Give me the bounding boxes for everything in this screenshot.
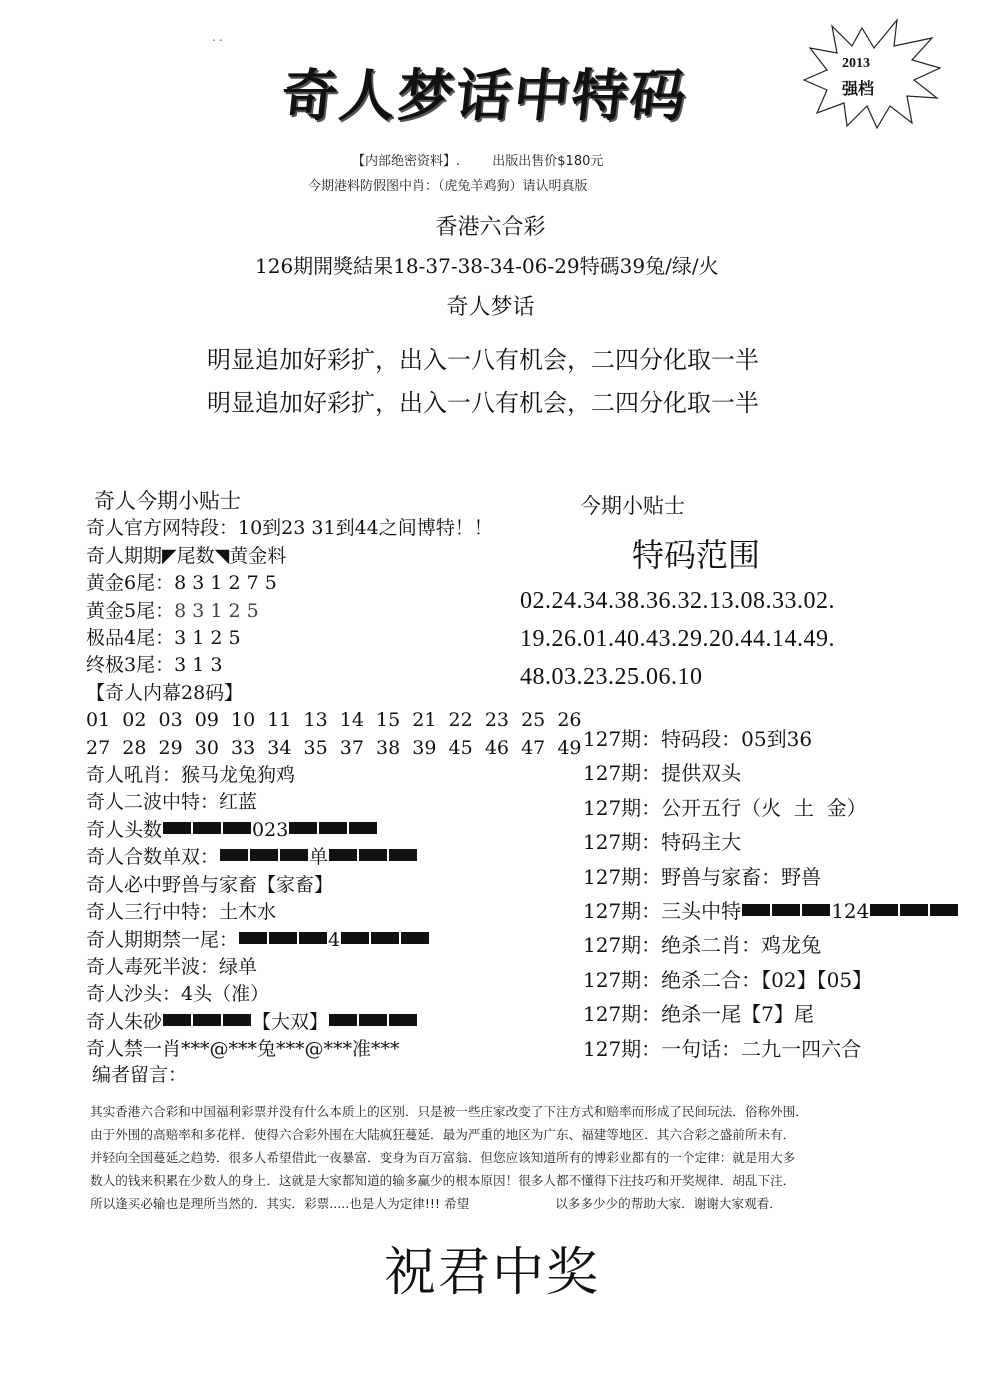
issue-item: 127期：绝杀一尾【7】尾 <box>583 997 959 1031</box>
tail-header: 奇人期期◤尾数◥黄金料 <box>86 543 582 570</box>
notice-line-1: 【内部绝密资料】. 出版出售价$180元 <box>352 150 603 169</box>
sand-head: 奇人沙头：4头（准） <box>86 981 582 1008</box>
two-wave: 奇人二波中特：红蓝 <box>86 789 582 816</box>
official-range: 奇人官方网特段：10到23 31到44之间博特！！ <box>86 515 582 542</box>
corner-mark-left-icon: ◤ <box>162 545 177 567</box>
row-label: 黄金6尾： <box>86 572 174 594</box>
cinnabar-row: 奇人朱砂【大双】 <box>86 1009 582 1036</box>
row-value: 4 <box>328 929 340 951</box>
paragraph-segment: 所以逢买必输也是理所当然的．其实．彩票.....也是人为定律!!! 希望 <box>90 1196 469 1211</box>
tail-header-suffix: 黄金料 <box>229 545 286 567</box>
bars-icon <box>328 844 418 871</box>
wild-domestic: 奇人必中野兽与家畜【家畜】 <box>86 872 582 899</box>
range-row: 19.26.01.40.43.29.20.44.14.49. <box>520 620 835 658</box>
right-tips-title: 今期小贴士 <box>580 490 685 520</box>
ban-tail-row: 奇人期期禁一尾：4 <box>86 927 582 954</box>
notice-line-2: 今期港料防假图中肖：（虎兔羊鸡狗）请认明真版 <box>308 175 588 194</box>
row-value: 8 3 1 2 5 <box>174 600 259 622</box>
head-number-row: 奇人头数023 <box>86 817 582 844</box>
odd-even-row: 奇人合数单双：单 <box>86 844 582 871</box>
paragraph-line: 由于外围的高赔率和多花样．使得六合彩外围在大陆疯狂蔓延．最为严重的地区为广东、福… <box>90 1123 940 1146</box>
range-numbers: 02.24.34.38.36.32.13.08.33.02. 19.26.01.… <box>520 582 835 696</box>
editor-label: 编者留言： <box>92 1060 187 1087</box>
row-label: 黄金5尾： <box>86 600 174 622</box>
issue-item: 127期：公开五行（火 土 金） <box>583 791 959 825</box>
draw-result: 126期開獎結果18-37-38-34-06-29特碼39兔/绿/火 <box>255 250 719 279</box>
row-value: 单 <box>309 846 328 868</box>
editor-paragraph: 其实香港六合彩和中国福利彩票并没有什么本质上的区别．只是被一些庄家改变了下注方式… <box>90 1100 940 1215</box>
price-label: 出版出售价$180元 <box>492 154 603 169</box>
row-value: 3 1 2 5 <box>174 627 240 649</box>
issue-item: 127期：绝杀二肖：鸡龙兔 <box>583 928 959 962</box>
confidential-label: 【内部绝密资料】. <box>352 154 460 169</box>
corner-mark-right-icon: ◥ <box>215 545 230 567</box>
inside28-row: 27 28 29 30 33 34 35 37 38 39 45 46 47 4… <box>86 735 582 762</box>
paragraph-segment: 以多多少少的帮助大家．谢谢大家观看． <box>555 1196 782 1211</box>
issue-item: 127期：野兽与家畜：野兽 <box>583 860 959 894</box>
bars-icon <box>328 1009 418 1036</box>
roar-zodiac: 奇人吼肖：猴马龙兔狗鸡 <box>86 762 582 789</box>
bars-icon <box>869 894 959 928</box>
bars-icon <box>238 927 328 954</box>
poem-line: 明显追加好彩扩，出入一八有机会，二四分化取一半 <box>207 340 759 375</box>
decorative-dots: .. <box>212 30 226 44</box>
badge-year: 2013 <box>842 56 870 72</box>
paragraph-line: 所以逢买必输也是理所当然的．其实．彩票.....也是人为定律!!! 希望以多多少… <box>90 1192 940 1215</box>
row-label: 奇人朱砂 <box>86 1011 162 1033</box>
bars-icon <box>288 817 378 844</box>
row-label: 127期：三头中特 <box>583 899 741 923</box>
left-tips-column: 奇人今期小贴士 奇人官方网特段：10到23 31到44之间博特！！ 奇人期期◤尾… <box>86 488 582 1064</box>
row-label: 奇人头数 <box>86 819 162 841</box>
dream-title: 奇人梦话 <box>0 290 981 321</box>
blessing-text: 祝君中奖 <box>384 1230 600 1305</box>
bars-icon <box>340 927 430 954</box>
issue-item: 127期：一句话：二九一四六合 <box>583 1032 959 1066</box>
row-value: 【大双】 <box>252 1011 328 1033</box>
row-value: 8 3 1 2 7 5 <box>174 572 277 594</box>
paragraph-line: 并轻向全国蔓延之趋势．很多人希望借此一夜暴富．变身为百万富翁．但您应该知道所有的… <box>90 1146 940 1169</box>
row-value: 023 <box>252 819 288 841</box>
three-head-row: 127期：三头中特124 <box>583 894 959 928</box>
issue-127-list: 127期：特码段：05到36 127期：提供双头 127期：公开五行（火 土 金… <box>583 722 959 1066</box>
bars-icon <box>162 1009 252 1036</box>
page-title: 奇人梦话中特码 <box>278 52 692 132</box>
inside28-title: 【奇人内幕28码】 <box>86 680 582 707</box>
row-value: 3 1 3 <box>174 654 222 676</box>
gold6-row: 黄金6尾：8 3 1 2 7 5 <box>86 570 582 597</box>
bars-icon <box>162 817 252 844</box>
poison-wave: 奇人毒死半波：绿单 <box>86 954 582 981</box>
row-label: 奇人合数单双： <box>86 846 219 868</box>
issue-item: 127期：绝杀二合：【02】【05】 <box>583 963 959 997</box>
final3-row: 终极3尾：3 1 3 <box>86 652 582 679</box>
tail-header-mid: 尾数 <box>177 545 215 567</box>
best4-row: 极品4尾：3 1 2 5 <box>86 625 582 652</box>
starburst-icon <box>802 18 942 130</box>
issue-item: 127期：提供双头 <box>583 756 959 790</box>
poem-line: 明显追加好彩扩，出入一八有机会，二四分化取一半 <box>207 383 759 418</box>
three-elements: 奇人三行中特：土木水 <box>86 899 582 926</box>
gold5-row: 黄金5尾：8 3 1 2 5 <box>86 598 582 625</box>
range-row: 48.03.23.25.06.10 <box>520 658 835 696</box>
row-value: 124 <box>831 899 869 923</box>
left-heading: 奇人今期小贴士 <box>86 488 582 515</box>
inside28-row: 01 02 03 09 10 11 13 14 15 21 22 23 25 2… <box>86 707 582 734</box>
range-title: 特码范围 <box>632 530 760 576</box>
range-row: 02.24.34.38.36.32.13.08.33.02. <box>520 582 835 620</box>
issue-item: 127期：特码段：05到36 <box>583 722 959 756</box>
paragraph-line: 其实香港六合彩和中国福利彩票并没有什么本质上的区别．只是被一些庄家改变了下注方式… <box>90 1100 940 1123</box>
row-label: 奇人期期禁一尾： <box>86 929 238 951</box>
badge-label: 强档 <box>842 76 874 99</box>
bars-icon <box>219 844 309 871</box>
bars-icon <box>741 894 831 928</box>
issue-item: 127期：特码主大 <box>583 825 959 859</box>
row-label: 终极3尾： <box>86 654 174 676</box>
row-label: 极品4尾： <box>86 627 174 649</box>
paragraph-line: 数人的钱来积累在少数人的身上．这就是大家都知道的输多赢少的根本原因！很多人都不懂… <box>90 1169 940 1192</box>
lottery-name: 香港六合彩 <box>0 210 981 241</box>
tail-header-prefix: 奇人期期 <box>86 545 162 567</box>
starburst-badge: 2013 强档 <box>802 18 942 128</box>
